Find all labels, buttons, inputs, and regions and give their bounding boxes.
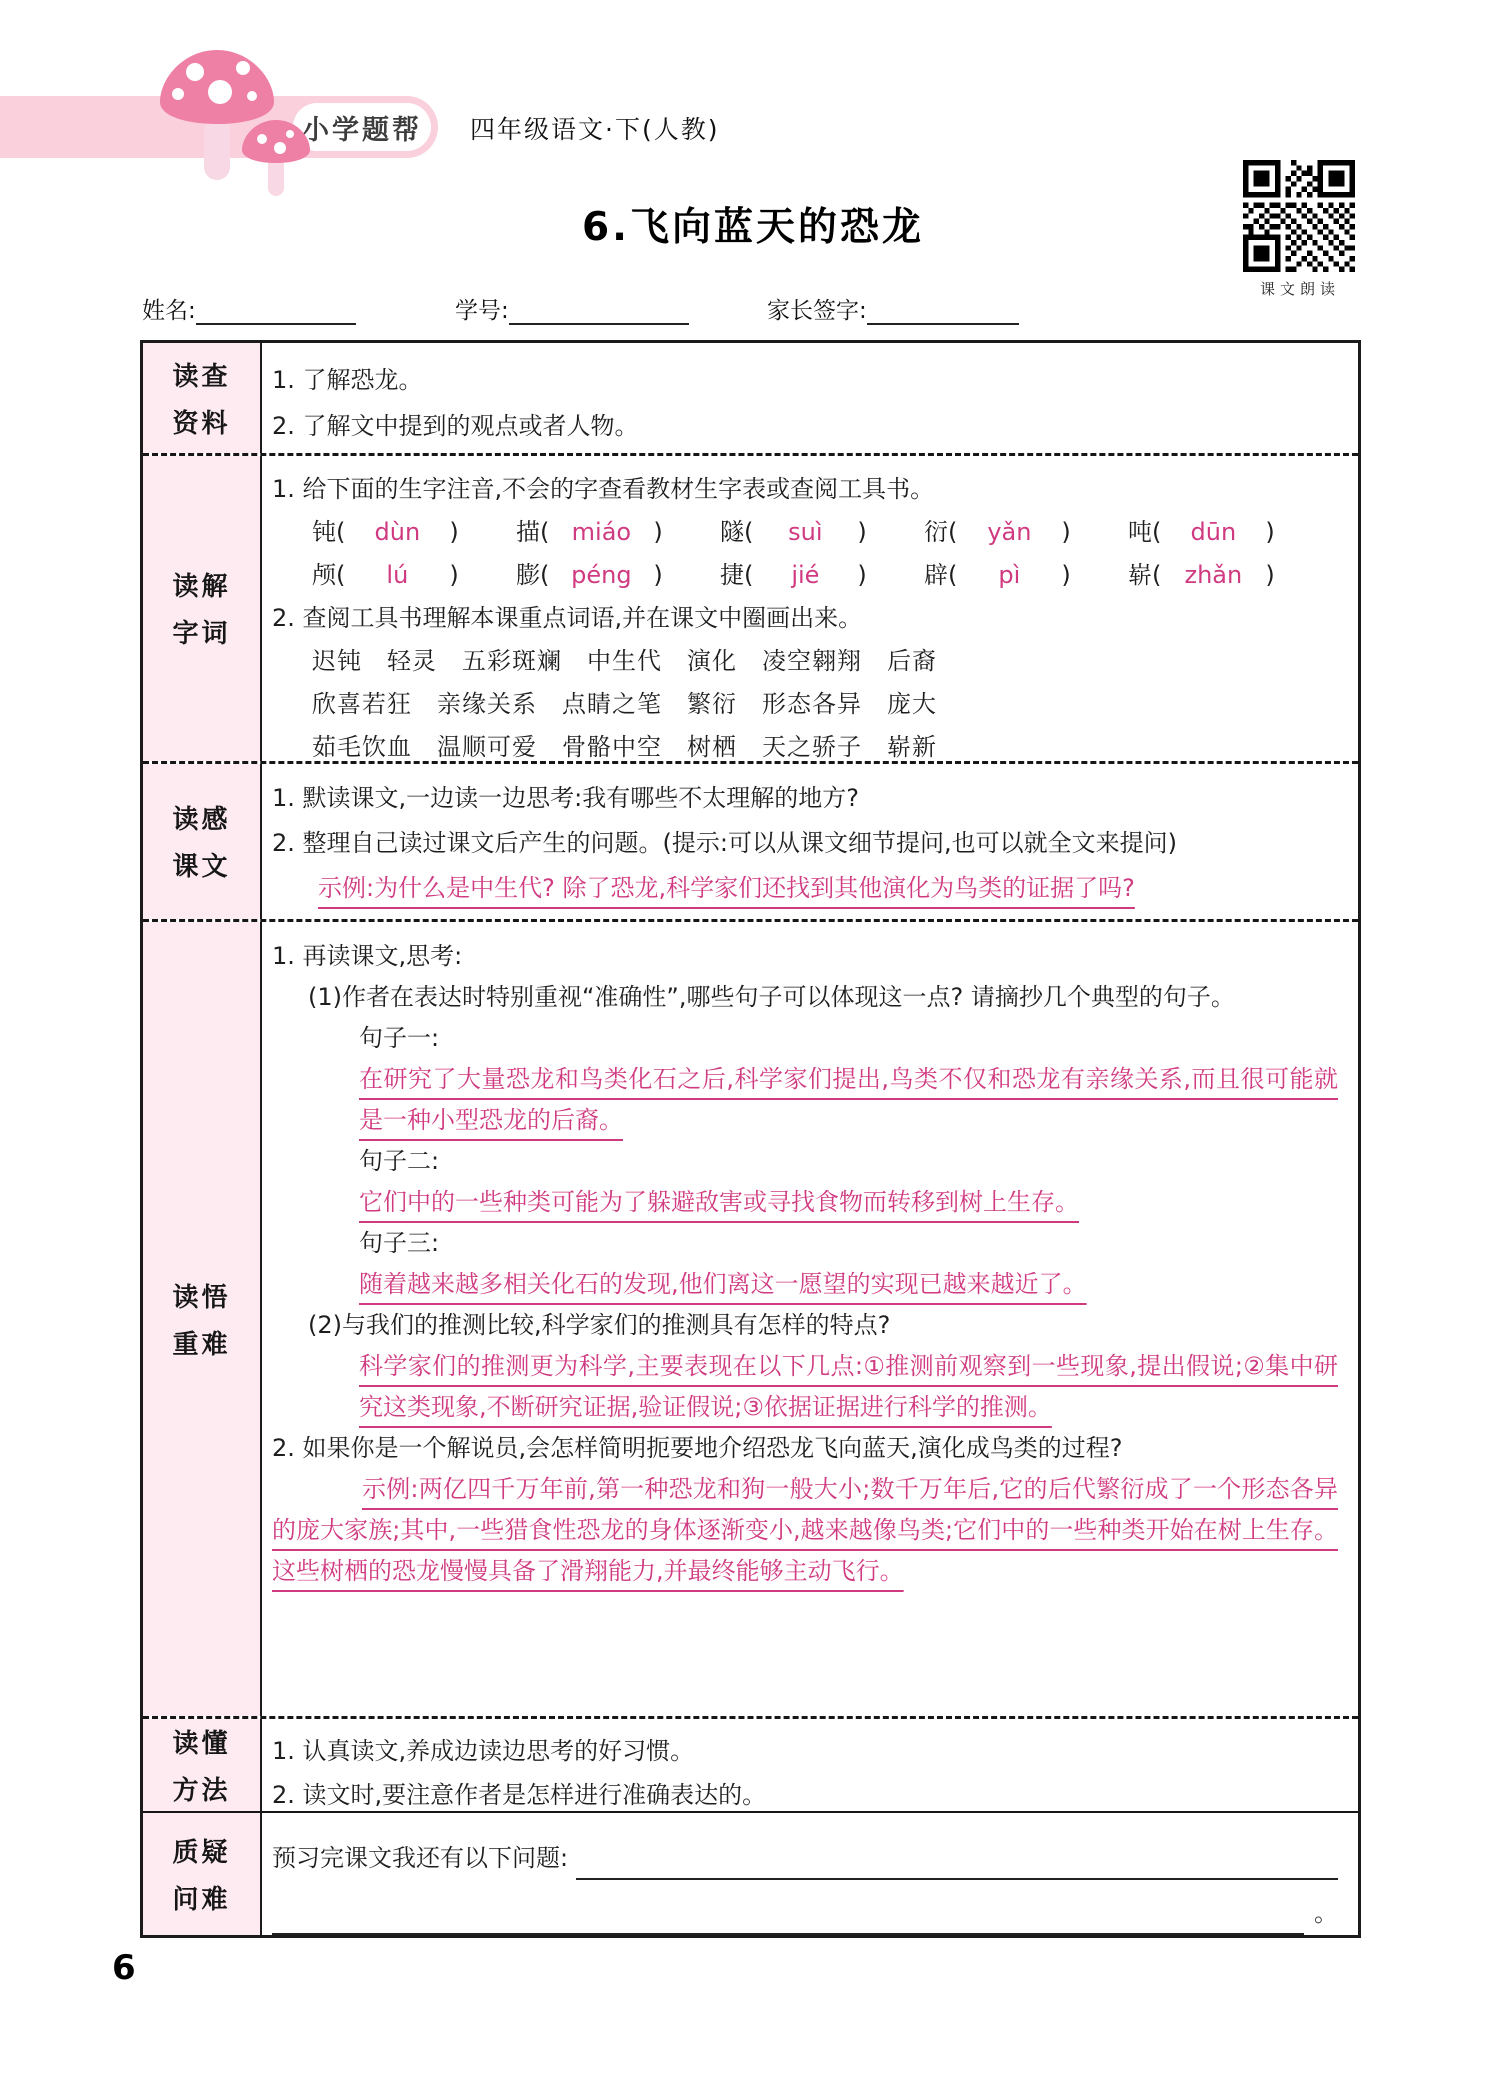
sub-question: (2)与我们的推测比较,科学家们的推测具有怎样的特点? xyxy=(308,1305,1338,1346)
student-id-label: 学号: xyxy=(455,292,509,325)
pinyin-answer: lú xyxy=(345,554,449,597)
parent-sign-label: 家长签字: xyxy=(767,292,867,325)
pinyin-answer: pì xyxy=(957,554,1061,597)
section-key-points: 读悟 重难 1. 再读课文,思考: (1)作者在表达时特别重视“准确性”,哪些句… xyxy=(143,919,1358,1716)
task-line: 2. 整理自己读过课文后产生的问题。(提示:可以从课文细节提问,也可以就全文来提… xyxy=(272,821,1338,866)
question-prompt: 预习完课文我还有以下问题: xyxy=(272,1837,568,1880)
worksheet-table: 读查 资料 1. 了解恐龙。 2. 了解文中提到的观点或者人物。 读解 字词 1… xyxy=(140,340,1361,1938)
pinyin-answer: zhǎn xyxy=(1161,554,1265,597)
period-mark: 。 xyxy=(1314,1892,1338,1935)
section-reading: 读感 课文 1. 默读课文,一边读一边思考:我有哪些不太理解的地方? 2. 整理… xyxy=(143,761,1358,919)
task-line: 1. 认真读文,养成边读边思考的好习惯。 xyxy=(272,1729,1338,1773)
handwritten-answer: 它们中的一些种类可能为了躲避敌害或寻找食物而转移到树上生存。 xyxy=(359,1182,1338,1223)
sentence-label: 句子二: xyxy=(359,1141,1338,1182)
section-label: 读解 字词 xyxy=(143,456,262,761)
sentence-label: 句子三: xyxy=(359,1223,1338,1264)
mushroom-logo-icon xyxy=(140,44,350,208)
sub-question: (1)作者在表达时特别重视“准确性”,哪些句子可以体现这一点? 请摘抄几个典型的… xyxy=(308,977,1338,1018)
word-list-line: 迟钝 轻灵 五彩斑斓 中生代 演化 凌空翱翔 后裔 xyxy=(312,640,1338,683)
pinyin-answer: dùn xyxy=(345,511,449,554)
handwritten-answer: 随着越来越多相关化石的发现,他们离这一愿望的实现已越来越近了。 xyxy=(359,1264,1338,1305)
answer-blank xyxy=(272,1899,1304,1935)
pinyin-answer: péng xyxy=(549,554,653,597)
name-label: 姓名: xyxy=(142,292,196,325)
section-preview-materials: 读查 资料 1. 了解恐龙。 2. 了解文中提到的观点或者人物。 xyxy=(143,343,1358,453)
section-label: 读感 课文 xyxy=(143,764,262,919)
section-questions: 质疑 问难 预习完课文我还有以下问题: 。 xyxy=(143,1811,1358,1935)
task-line: 2. 查阅工具书理解本课重点词语,并在课文中圈画出来。 xyxy=(272,597,1338,640)
pinyin-answer: yǎn xyxy=(957,511,1061,554)
task-line: 1. 再读课文,思考: xyxy=(272,936,1338,977)
handwritten-answer: 科学家们的推测更为科学,主要表现在以下几点:①推测前观察到一些现象,提出假说;②… xyxy=(359,1346,1338,1428)
section-words: 读解 字词 1. 给下面的生字注音,不会的字查看教材生字表或查阅工具书。 钝(d… xyxy=(143,453,1358,761)
page-number: 6 xyxy=(112,1948,136,1988)
section-label: 读悟 重难 xyxy=(143,922,262,1716)
pinyin-answer: dūn xyxy=(1161,511,1265,554)
task-line: 2. 了解文中提到的观点或者人物。 xyxy=(272,403,1338,449)
word-list-line: 欣喜若狂 亲缘关系 点睛之笔 繁衍 形态各异 庞大 xyxy=(312,683,1338,726)
student-id-blank xyxy=(509,293,689,325)
pinyin-row: 颅(lú) 膨(péng) 捷(jié) 辟(pì) 崭(zhǎn) xyxy=(312,554,1338,597)
section-label: 读查 资料 xyxy=(143,343,262,453)
pinyin-answer: miáo xyxy=(549,511,653,554)
student-fields-row: 姓名: 学号: 家长签字: xyxy=(0,292,1506,332)
parent-sign-blank xyxy=(867,293,1019,325)
section-method: 读懂 方法 1. 认真读文,养成边读边思考的好习惯。 2. 读文时,要注意作者是… xyxy=(143,1716,1358,1811)
name-blank xyxy=(196,293,356,325)
pinyin-answer: suì xyxy=(753,511,857,554)
section-label: 质疑 问难 xyxy=(143,1813,262,1935)
pinyin-row: 钝(dùn) 描(miáo) 隧(suì) 衍(yǎn) 吨(dūn) xyxy=(312,511,1338,554)
section-label: 读懂 方法 xyxy=(143,1719,262,1811)
handwritten-answer: 在研究了大量恐龙和鸟类化石之后,科学家们提出,鸟类不仅和恐龙有亲缘关系,而且很可… xyxy=(359,1059,1338,1141)
handwritten-answer: 示例:两亿四千万年前,第一种恐龙和狗一般大小;数千万年后,它的后代繁衍成了一个形… xyxy=(272,1469,1338,1592)
edition-text: 四年级语文·下(人教) xyxy=(470,110,719,146)
sentence-label: 句子一: xyxy=(359,1018,1338,1059)
task-line: 1. 了解恐龙。 xyxy=(272,357,1338,403)
pinyin-answer: jié xyxy=(753,554,857,597)
task-line: 1. 默读课文,一边读一边思考:我有哪些不太理解的地方? xyxy=(272,776,1338,821)
answer-blank xyxy=(576,1844,1338,1880)
task-line: 2. 如果你是一个解说员,会怎样简明扼要地介绍恐龙飞向蓝天,演化成鸟类的过程? xyxy=(272,1428,1338,1469)
handwritten-answer: 示例:为什么是中生代? 除了恐龙,科学家们还找到其他演化为鸟类的证据了吗? xyxy=(318,866,1338,911)
task-line: 1. 给下面的生字注音,不会的字查看教材生字表或查阅工具书。 xyxy=(272,468,1338,511)
